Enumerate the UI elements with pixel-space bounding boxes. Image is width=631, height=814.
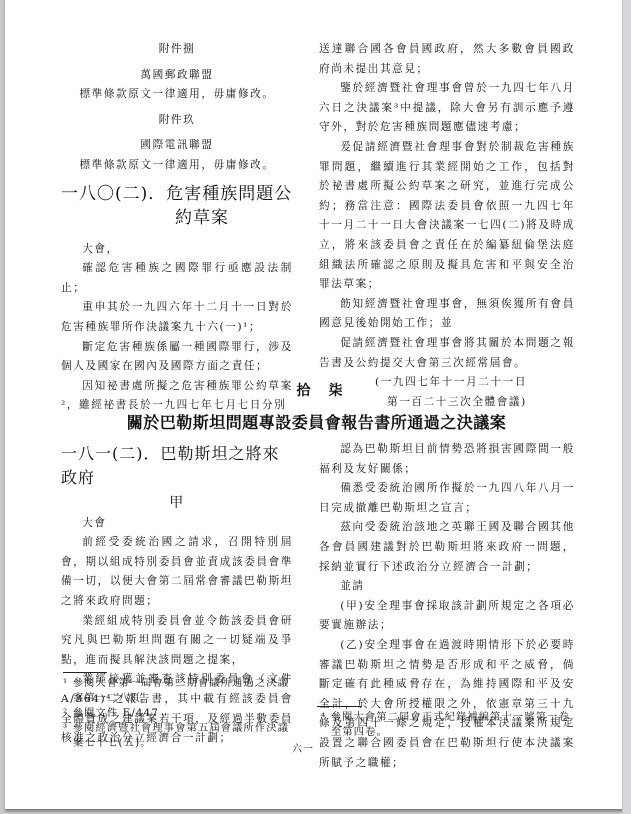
chapter-title: 關於巴勒斯坦問題專設委員會報告書所通過之決議案 bbox=[1, 410, 631, 433]
part-label: 甲 bbox=[61, 494, 293, 514]
upper-right-column: 送達聯合國各會員國政府，然大多數會員國政府尚未提出其意見； 鑒於經濟暨社會理事會… bbox=[319, 40, 575, 412]
footnote: ³ 參閱經濟暨社會理事會第五屆會議所作決議案七十七(五)。 bbox=[61, 721, 293, 751]
annex8-text: 標準條款原文一律適用，毋庸修改。 bbox=[61, 85, 293, 105]
paragraph: 鑒於經濟暨社會理事會曾於一九四七年八月六日之決議案³中提議，除大會另有訓示應予遵… bbox=[319, 79, 575, 138]
paragraph: 茲向受委統治該地之英聯王國及聯合國其他各會員國建議對於巴勒斯坦將來政府一問題，採… bbox=[319, 518, 575, 577]
lower-right-footnotes: ⁴ 參閱大會第二屆會正式紀錄補編第十一號第一卷至第四卷。 bbox=[319, 710, 575, 740]
footnote-divider bbox=[317, 706, 361, 707]
footnote: ⁴ 參閱大會第二屆會正式紀錄補編第十一號第一卷至第四卷。 bbox=[319, 710, 575, 740]
annex9-org: 國際電訊聯盟 bbox=[61, 136, 293, 156]
paragraph: 並請 bbox=[319, 577, 575, 597]
document-page: 附件捌 萬國郵政聯盟 標準條款原文一律適用，毋庸修改。 附件玖 國際電訊聯盟 標… bbox=[4, 0, 623, 809]
annex8-title: 附件捌 bbox=[61, 40, 293, 60]
upper-left-column: 附件捌 萬國郵政聯盟 標準條款原文一律適用，毋庸修改。 附件玖 國際電訊聯盟 標… bbox=[61, 36, 293, 416]
paragraph: 前經受委統治國之請求，召開特別屆會，期以組成特別委員會並責成該委員會準備一切，以… bbox=[61, 533, 293, 611]
paragraph: 送達聯合國各會員國政府，然大多數會員國政府尚未提出其意見； bbox=[319, 40, 575, 79]
paragraph: (甲)安全理事會採取該計劃所規定之各項必要實施辦法； bbox=[319, 597, 575, 636]
page-number: 六一 bbox=[292, 740, 314, 755]
paragraph: 大會 bbox=[61, 514, 293, 534]
annex8-org: 萬國郵政聯盟 bbox=[61, 66, 293, 86]
paragraph: 促請經濟暨社會理事會將其關於本問題之報告書及公約提交大會第三次經常屆會。 bbox=[319, 334, 575, 373]
paragraph: 爰促請經濟暨社會理事會對於制裁危害種族罪問題，繼續進行其業經開始之工作，包括對於… bbox=[319, 138, 575, 295]
chapter-number: 拾 柒 bbox=[5, 380, 631, 400]
section-heading-line1: 一八〇(二)．危害種族問題公 bbox=[61, 184, 292, 204]
paragraph: 業經組成特別委員會並令飭該委員會研究凡與巴勒斯坦問題有關之一切疑端及爭點，進而擬… bbox=[61, 612, 293, 671]
paragraph: 重申其於一九四六年十二月十一日對於危害種族罪所作決議案九十六(一)¹； bbox=[61, 298, 293, 337]
paragraph: 認為巴勒斯坦目前情勢恐將損害國際間一般福利及友好關係； bbox=[319, 440, 575, 479]
paragraph: 確認危害種族之國際罪行亟應設法制止； bbox=[61, 259, 293, 298]
lower-left-footnotes: ¹ 參閱大會第一屆會第二期會議所通過之決議案第一二八頁。 ² 參閱文件 E/44… bbox=[61, 676, 293, 751]
footnote: ¹ 參閱大會第一屆會第二期會議所通過之決議案第一二八頁。 bbox=[61, 676, 293, 706]
paragraph: (乙)安全理事會在過渡時期情形下於必要時審議巴勒斯坦之情勢是否形成和平之威脅，倘… bbox=[319, 636, 575, 773]
footnote-divider bbox=[63, 672, 107, 673]
paragraph: 備悉受委統治國所作擬於一九四八年八月一日完成撤離巴勒斯坦之宣言； bbox=[319, 479, 575, 518]
scrollbar[interactable] bbox=[622, 0, 631, 814]
footnote: ² 參閱文件 E/447 bbox=[61, 706, 293, 721]
section-heading-180: 一八〇(二)．危害種族問題公 約草案 bbox=[61, 182, 293, 230]
annex9-text: 標準條款原文一律適用，毋庸修改。 bbox=[61, 156, 293, 176]
paragraph: 飭知經濟暨社會理事會，無須俟獲所有會員國意見後始開始工作；並 bbox=[319, 295, 575, 334]
section-heading-line2: 約草案 bbox=[61, 206, 293, 230]
section-heading-181: 一八一(二)．巴勒斯坦之將來政府 bbox=[61, 442, 293, 490]
annex9-title: 附件玖 bbox=[61, 111, 293, 131]
paragraph: 斷定危害種族係屬一種國際罪行，涉及個人及國家在國內及國際方面之責任； bbox=[61, 338, 293, 377]
paragraph: 大會， bbox=[61, 240, 293, 260]
